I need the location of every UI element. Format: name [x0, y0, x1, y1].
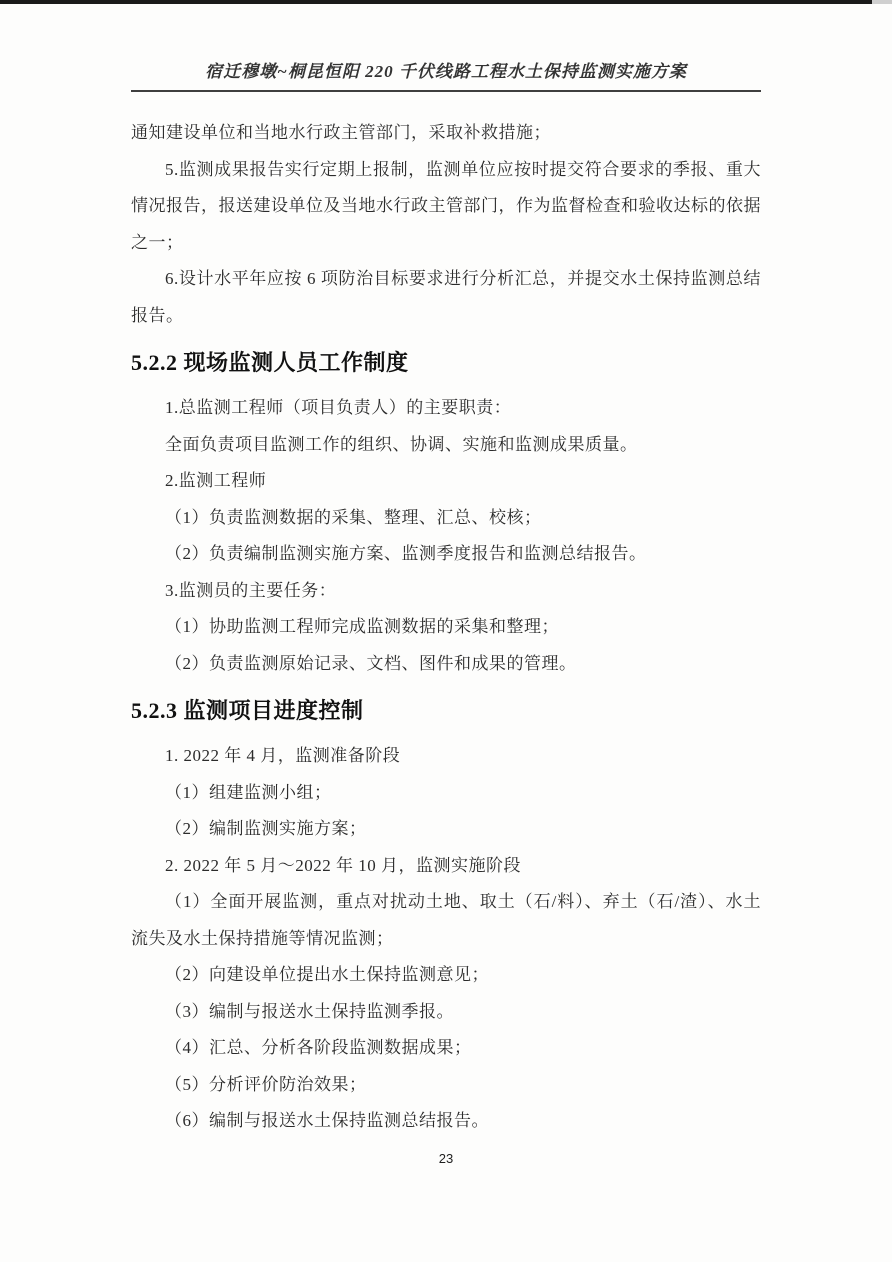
paragraph: 1.总监测工程师（项目负责人）的主要职责：: [131, 390, 761, 427]
section-heading-5-2-2: 5.2.2 现场监测人员工作制度: [131, 348, 761, 378]
running-head-title: 宿迁穆墩~桐昆恒阳 220 千伏线路工程水土保持监测实施方案: [131, 60, 761, 84]
paragraph: 6.设计水平年应按 6 项防治目标要求进行分析汇总，并提交水土保持监测总结报告。: [131, 261, 761, 334]
paragraph: 2. 2022 年 5 月～2022 年 10 月，监测实施阶段: [131, 848, 761, 885]
paragraph: 2.监测工程师: [131, 463, 761, 500]
section-heading-5-2-3: 5.2.3 监测项目进度控制: [131, 696, 761, 726]
list-item: （1）组建监测小组；: [131, 775, 761, 812]
document-page: 宿迁穆墩~桐昆恒阳 220 千伏线路工程水土保持监测实施方案 通知建设单位和当地…: [0, 0, 892, 1262]
page-top-border-fade: [872, 0, 892, 4]
page-header: 宿迁穆墩~桐昆恒阳 220 千伏线路工程水土保持监测实施方案: [131, 60, 761, 92]
list-item: （2）负责监测原始记录、文档、图件和成果的管理。: [131, 646, 761, 683]
list-item: （1）协助监测工程师完成监测数据的采集和整理；: [131, 609, 761, 646]
list-item: （1）全面开展监测，重点对扰动土地、取土（石/料）、弃土（石/渣）、水土流失及水…: [131, 884, 761, 957]
paragraph: 全面负责项目监测工作的组织、协调、实施和监测成果质量。: [131, 427, 761, 464]
list-item: （6）编制与报送水土保持监测总结报告。: [131, 1103, 761, 1140]
list-item: （1）负责监测数据的采集、整理、汇总、校核；: [131, 500, 761, 537]
paragraph: 3.监测员的主要任务：: [131, 573, 761, 610]
list-item: （5）分析评价防治效果；: [131, 1067, 761, 1104]
list-item: （2）向建设单位提出水土保持监测意见；: [131, 957, 761, 994]
list-item: （2）负责编制监测实施方案、监测季度报告和监测总结报告。: [131, 536, 761, 573]
list-item: （2）编制监测实施方案；: [131, 811, 761, 848]
list-item: （3）编制与报送水土保持监测季报。: [131, 994, 761, 1031]
page-number: 23: [439, 1151, 453, 1166]
paragraph: 5.监测成果报告实行定期上报制，监测单位应按时提交符合要求的季报、重大情况报告，…: [131, 152, 761, 262]
document-body: 通知建设单位和当地水行政主管部门，采取补救措施； 5.监测成果报告实行定期上报制…: [131, 115, 761, 1140]
page-footer: 23: [0, 1150, 892, 1168]
paragraph-continuation: 通知建设单位和当地水行政主管部门，采取补救措施；: [131, 115, 761, 152]
page-top-border: [0, 0, 872, 4]
list-item: （4）汇总、分析各阶段监测数据成果；: [131, 1030, 761, 1067]
paragraph: 1. 2022 年 4 月，监测准备阶段: [131, 738, 761, 775]
